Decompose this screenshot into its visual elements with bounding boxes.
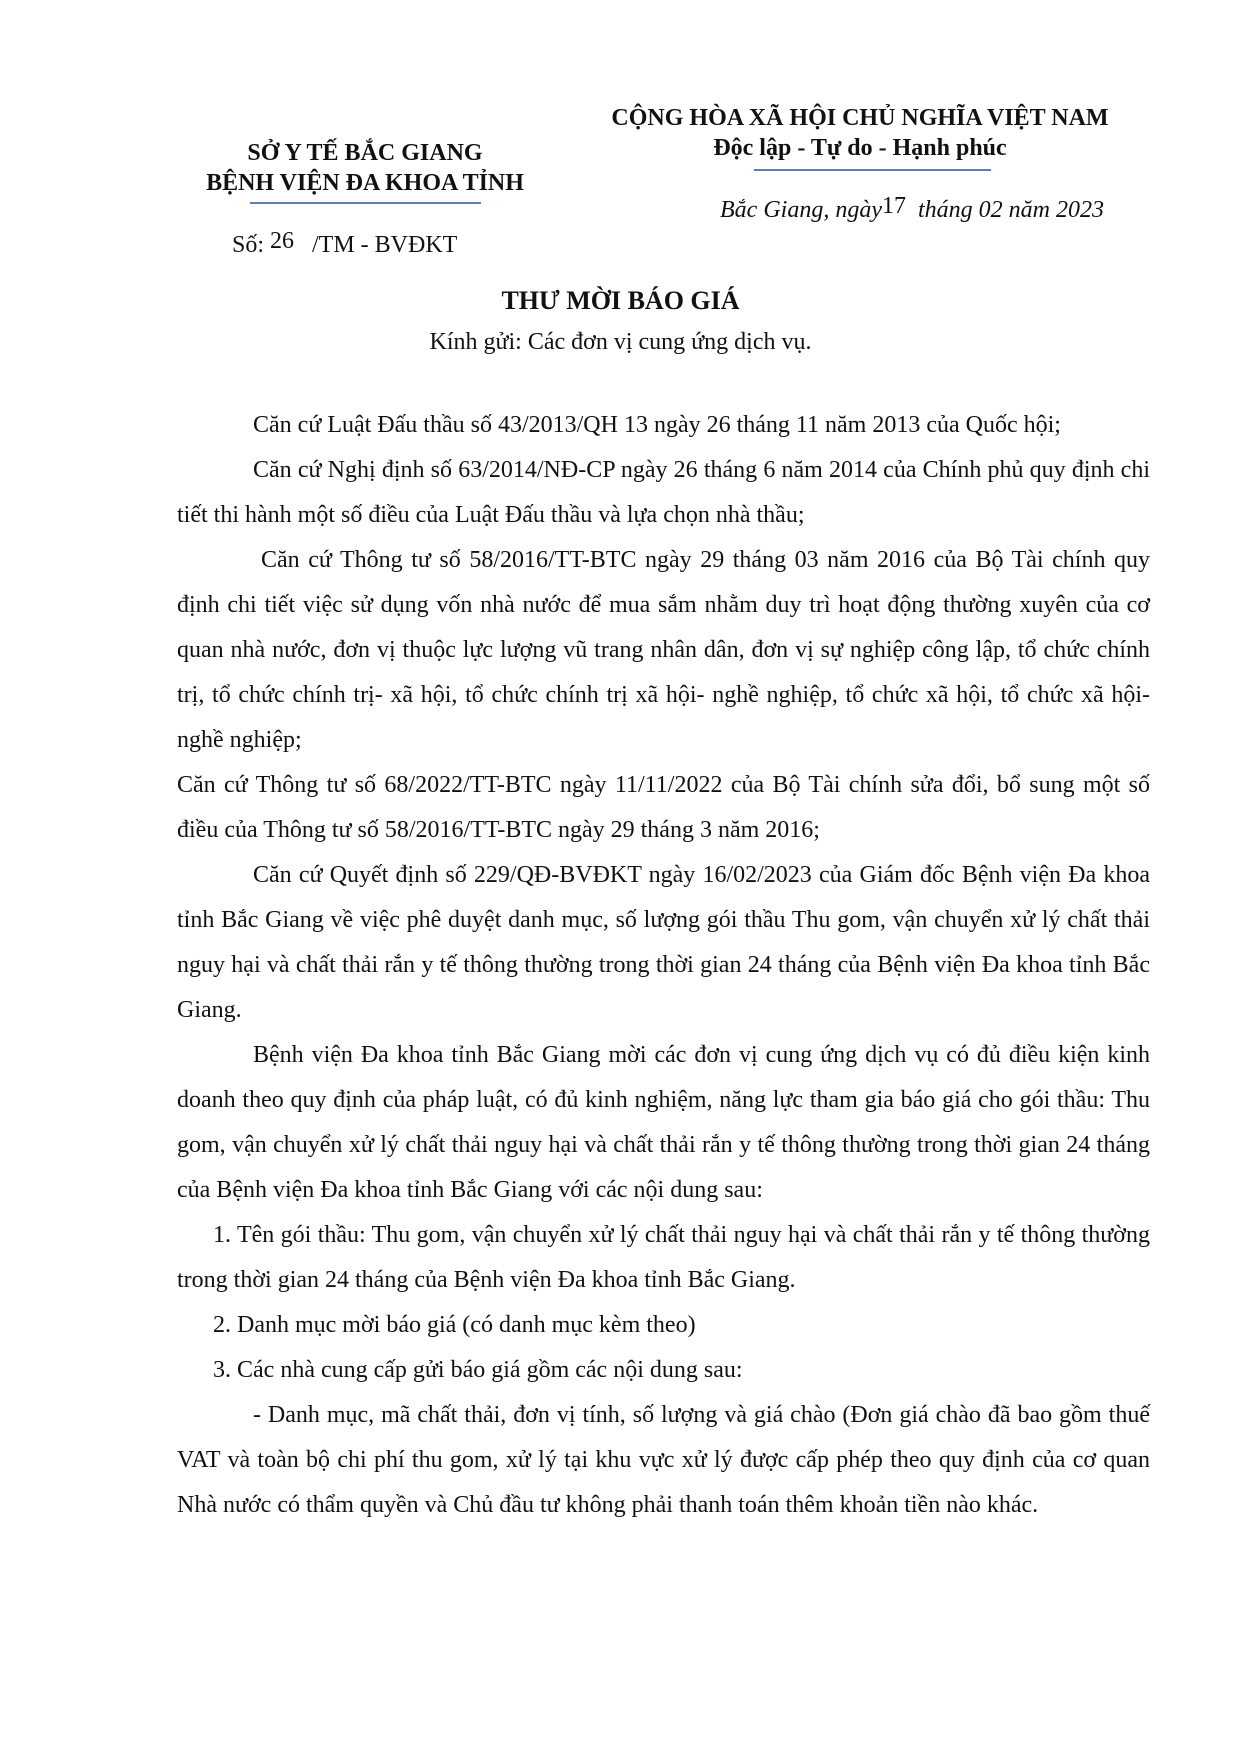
doc-number-label: Số: bbox=[232, 232, 264, 258]
date-day: 17 bbox=[882, 193, 906, 219]
paragraph-circular-68: Căn cứ Thông tư số 68/2022/TT-BTC ngày 1… bbox=[177, 763, 1150, 853]
doc-number-suffix: /TM - BVĐKT bbox=[312, 232, 457, 258]
document-body: Căn cứ Luật Đấu thầu số 43/2013/QH 13 ng… bbox=[177, 403, 1150, 1528]
list-item-catalog: 2. Danh mục mời báo giá (có danh mục kèm… bbox=[177, 1303, 1150, 1348]
paragraph-invitation: Bệnh viện Đa khoa tỉnh Bắc Giang mời các… bbox=[177, 1033, 1150, 1213]
agency-underline bbox=[250, 202, 481, 204]
document-date: Bắc Giang, ngày17 tháng 02 năm 2023 bbox=[720, 195, 1104, 225]
date-suffix: tháng 02 năm 2023 bbox=[918, 197, 1104, 223]
paragraph-circular-58: Căn cứ Thông tư số 58/2016/TT-BTC ngày 2… bbox=[177, 538, 1150, 763]
list-item-package-name: 1. Tên gói thầu: Thu gom, vận chuyển xử … bbox=[177, 1213, 1150, 1303]
dash-item-pricing: - Danh mục, mã chất thải, đơn vị tính, s… bbox=[177, 1393, 1150, 1528]
national-motto: CỘNG HÒA XÃ HỘI CHỦ NGHĨA VIỆT NAM Độc l… bbox=[580, 103, 1140, 163]
paragraph-law: Căn cứ Luật Đấu thầu số 43/2013/QH 13 ng… bbox=[177, 403, 1150, 448]
doc-number-value: 26 bbox=[270, 228, 294, 254]
agency-hospital: BỆNH VIỆN ĐA KHOA TỈNH bbox=[160, 168, 570, 198]
list-item-quote-contents: 3. Các nhà cung cấp gửi báo giá gồm các … bbox=[177, 1348, 1150, 1393]
agency-department: SỞ Y TẾ BẮC GIANG bbox=[160, 138, 570, 168]
country-name: CỘNG HÒA XÃ HỘI CHỦ NGHĨA VIỆT NAM bbox=[580, 103, 1140, 133]
motto-underline bbox=[754, 169, 991, 171]
document-number: Số: 26 /TM - BVĐKT bbox=[232, 230, 457, 260]
paragraph-decision-229: Căn cứ Quyết định số 229/QĐ-BVĐKT ngày 1… bbox=[177, 853, 1150, 1033]
motto: Độc lập - Tự do - Hạnh phúc bbox=[580, 133, 1140, 163]
document-title: THƯ MỜI BÁO GIÁ bbox=[0, 285, 1241, 317]
date-prefix: Bắc Giang, ngày bbox=[720, 197, 882, 223]
recipient-line: Kính gửi: Các đơn vị cung ứng dịch vụ. bbox=[0, 327, 1241, 357]
issuing-agency: SỞ Y TẾ BẮC GIANG BỆNH VIỆN ĐA KHOA TỈNH bbox=[160, 138, 570, 198]
paragraph-decree: Căn cứ Nghị định số 63/2014/NĐ-CP ngày 2… bbox=[177, 448, 1150, 538]
